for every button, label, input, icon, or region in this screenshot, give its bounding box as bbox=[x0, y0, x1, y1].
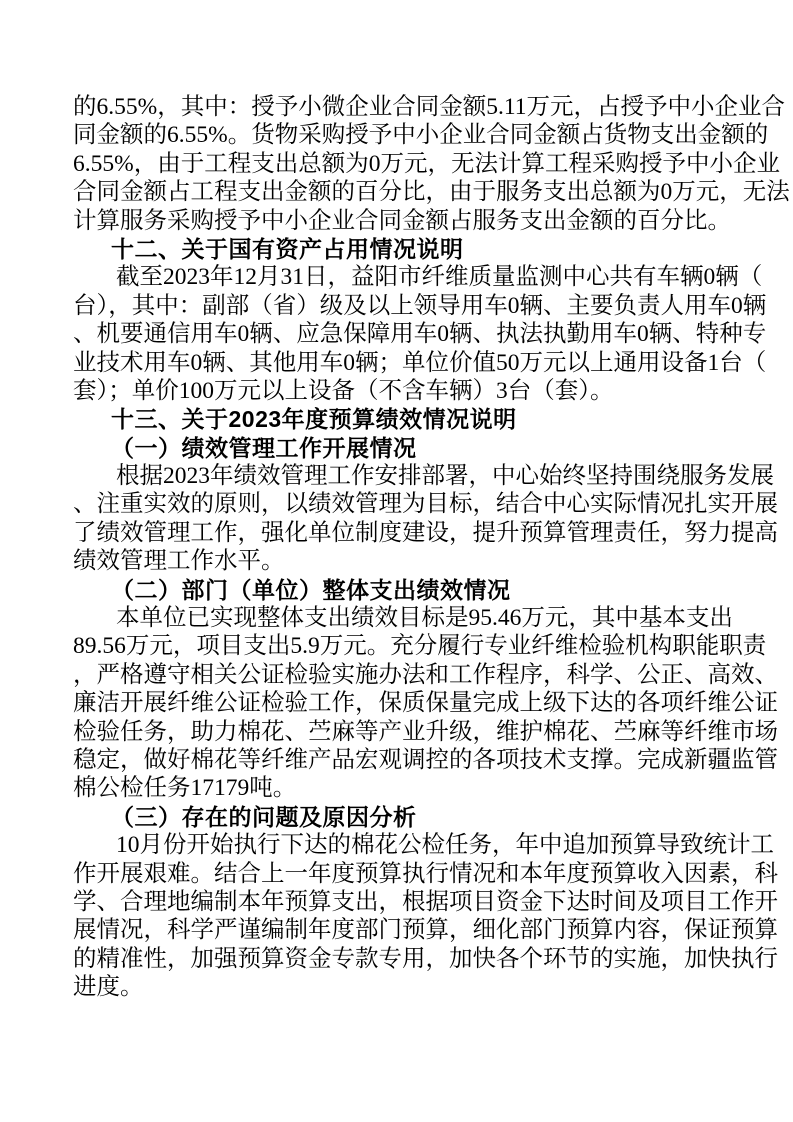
body-line: 计算服务采购授予中小企业合同金额占服务支出金额的百分比。 bbox=[73, 207, 787, 235]
body-line: 了绩效管理工作，强化单位制度建设，提升预算管理责任，努力提高 bbox=[73, 519, 787, 547]
body-line: 学、合理地编制本年预算支出，根据项目资金下达时间及项目工作开 bbox=[73, 888, 787, 916]
section-heading-12: 十二、关于国有资产占用情况说明 bbox=[73, 235, 787, 263]
body-line: 套）；单价100万元以上设备（不含车辆）3台（套）。 bbox=[73, 377, 787, 405]
document-page: 的6.55%，其中：授予小微企业合同金额5.11万元，占授予中小企业合 同金额的… bbox=[0, 0, 793, 1122]
body-line: 10月份开始执行下达的棉花公检任务，年中追加预算导致统计工 bbox=[73, 831, 787, 859]
body-line: 的精准性，加强预算资金专款专用，加快各个环节的实施，加快执行 bbox=[73, 945, 787, 973]
body-line: 的6.55%，其中：授予小微企业合同金额5.11万元，占授予中小企业合 bbox=[73, 93, 787, 121]
body-line: 检验任务，助力棉花、苎麻等产业升级，维护棉花、苎麻等纤维市场 bbox=[73, 718, 787, 746]
paragraph-procurement-continuation: 的6.55%，其中：授予小微企业合同金额5.11万元，占授予中小企业合 同金额的… bbox=[73, 93, 787, 235]
subsection-heading-13-3: （三）存在的问题及原因分析 bbox=[73, 803, 787, 831]
body-line: 、注重实效的原则，以绩效管理为目标，结合中心实际情况扎实开展 bbox=[73, 490, 787, 518]
subsection-heading-13-1: （一）绩效管理工作开展情况 bbox=[73, 434, 787, 462]
paragraph-problems-analysis: 10月份开始执行下达的棉花公检任务，年中追加预算导致统计工 作开展艰难。结合上一… bbox=[73, 831, 787, 1001]
body-line: 展情况，科学严谨编制年度部门预算，细化部门预算内容，保证预算 bbox=[73, 916, 787, 944]
body-line: 廉洁开展纤维公证检验工作，保质保量完成上级下达的各项纤维公证 bbox=[73, 689, 787, 717]
body-line: 89.56万元，项目支出5.9万元。充分履行专业纤维检验机构职能职责 bbox=[73, 632, 787, 660]
body-line: 棉公检任务17179吨。 bbox=[73, 774, 787, 802]
paragraph-state-assets: 截至2023年12月31日，益阳市纤维质量监测中心共有车辆0辆（ 台），其中：副… bbox=[73, 263, 787, 405]
paragraph-performance-management: 根据2023年绩效管理工作安排部署，中心始终坚持围绕服务发展 、注重实效的原则，… bbox=[73, 462, 787, 576]
body-line: 根据2023年绩效管理工作安排部署，中心始终坚持围绕服务发展 bbox=[73, 462, 787, 490]
body-line: 进度。 bbox=[73, 973, 787, 1001]
document-body: 的6.55%，其中：授予小微企业合同金额5.11万元，占授予中小企业合 同金额的… bbox=[73, 93, 787, 1002]
section-heading-13: 十三、关于2023年度预算绩效情况说明 bbox=[73, 405, 787, 433]
body-line: 合同金额占工程支出金额的百分比，由于服务支出总额为0万元，无法 bbox=[73, 178, 787, 206]
body-line: 本单位已实现整体支出绩效目标是95.46万元，其中基本支出 bbox=[73, 604, 787, 632]
body-line: 作开展艰难。结合上一年度预算执行情况和本年度预算收入因素，科 bbox=[73, 860, 787, 888]
body-line: 稳定，做好棉花等纤维产品宏观调控的各项技术支撑。完成新疆监管 bbox=[73, 746, 787, 774]
body-line: ，严格遵守相关公证检验实施办法和工作程序，科学、公正、高效、 bbox=[73, 661, 787, 689]
paragraph-overall-expenditure-performance: 本单位已实现整体支出绩效目标是95.46万元，其中基本支出 89.56万元，项目… bbox=[73, 604, 787, 803]
body-line: 6.55%，由于工程支出总额为0万元，无法计算工程采购授予中小企业 bbox=[73, 150, 787, 178]
body-line: 台），其中：副部（省）级及以上领导用车0辆、主要负责人用车0辆 bbox=[73, 292, 787, 320]
body-line: 绩效管理工作水平。 bbox=[73, 547, 787, 575]
subsection-heading-13-2: （二）部门（单位）整体支出绩效情况 bbox=[73, 576, 787, 604]
body-line: 同金额的6.55%。货物采购授予中小企业合同金额占货物支出金额的 bbox=[73, 121, 787, 149]
body-line: 、机要通信用车0辆、应急保障用车0辆、执法执勤用车0辆、特种专 bbox=[73, 320, 787, 348]
body-line: 业技术用车0辆、其他用车0辆；单位价值50万元以上通用设备1台（ bbox=[73, 349, 787, 377]
body-line: 截至2023年12月31日，益阳市纤维质量监测中心共有车辆0辆（ bbox=[73, 263, 787, 291]
